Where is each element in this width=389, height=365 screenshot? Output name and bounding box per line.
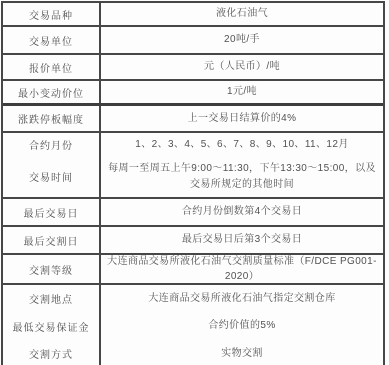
lpg-contract-spec-table: 交易品种 液化石油气 交易单位 20吨/手 报价单位 元（人民币）/吨 最小变动…	[1, 1, 385, 365]
page: 交易品种 液化石油气 交易单位 20吨/手 报价单位 元（人民币）/吨 最小变动…	[0, 0, 389, 365]
spec-label: 最低交易保证金	[3, 312, 101, 340]
spec-label: 报价单位	[3, 55, 101, 79]
table-row: 最小变动价位 1元/吨	[3, 81, 383, 106]
spec-value: 实物交割	[101, 340, 383, 365]
spec-label: 最后交割日	[3, 227, 101, 253]
table-row: 交易单位 20吨/手	[3, 27, 383, 55]
spec-label: 涨跌停板幅度	[3, 106, 101, 131]
table-row: 报价单位 元（人民币）/吨	[3, 55, 383, 81]
spec-label: 交易单位	[3, 27, 101, 53]
spec-value: 合约月份倒数第4个交易日	[101, 199, 383, 225]
spec-value: 合约价值的5%	[101, 312, 383, 340]
table-row: 合约月份 1、2、3、4、5、6、7、8、9、10、11、12月	[3, 133, 383, 156]
spec-value: 1、2、3、4、5、6、7、8、9、10、11、12月	[101, 133, 383, 156]
spec-value: 20吨/手	[101, 27, 383, 53]
spec-value: 液化石油气	[101, 3, 383, 25]
table-row: 涨跌停板幅度 上一交易日结算价的4%	[3, 106, 383, 133]
spec-label: 合约月份	[3, 133, 101, 156]
spec-value: 大连商品交易所液化石油气交割质量标准（F/DCE PG001-2020）	[101, 255, 383, 283]
spec-label: 交易品种	[3, 3, 101, 25]
table-row: 最后交易日 合约月份倒数第4个交易日	[3, 199, 383, 227]
spec-value: 最后交易日后第3个交易日	[101, 227, 383, 253]
spec-label: 交易时间	[3, 156, 101, 197]
spec-value: 上一交易日结算价的4%	[101, 106, 383, 131]
spec-value: 元（人民币）/吨	[101, 55, 383, 79]
spec-label: 最小变动价位	[3, 81, 101, 103]
table-row: 最低交易保证金 合约价值的5%	[3, 312, 383, 340]
spec-label: 交割等级	[3, 255, 101, 283]
spec-value: 1元/吨	[101, 81, 383, 103]
spec-value: 每周一至周五上午9:00～11:30，下午13:30～15:00，以及交易所规定…	[101, 156, 383, 197]
table-row: 交割地点 大连商品交易所液化石油气指定交割仓库	[3, 285, 383, 312]
spec-value: 大连商品交易所液化石油气指定交割仓库	[101, 285, 383, 312]
table-row: 交割方式 实物交割	[3, 340, 383, 365]
table-row: 交割等级 大连商品交易所液化石油气交割质量标准（F/DCE PG001-2020…	[3, 255, 383, 285]
table-row: 交易时间 每周一至周五上午9:00～11:30，下午13:30～15:00，以及…	[3, 156, 383, 199]
spec-label: 最后交易日	[3, 199, 101, 225]
spec-label: 交割地点	[3, 285, 101, 312]
table-row: 最后交割日 最后交易日后第3个交易日	[3, 227, 383, 255]
spec-label: 交割方式	[3, 340, 101, 365]
table-row: 交易品种 液化石油气	[3, 3, 383, 27]
